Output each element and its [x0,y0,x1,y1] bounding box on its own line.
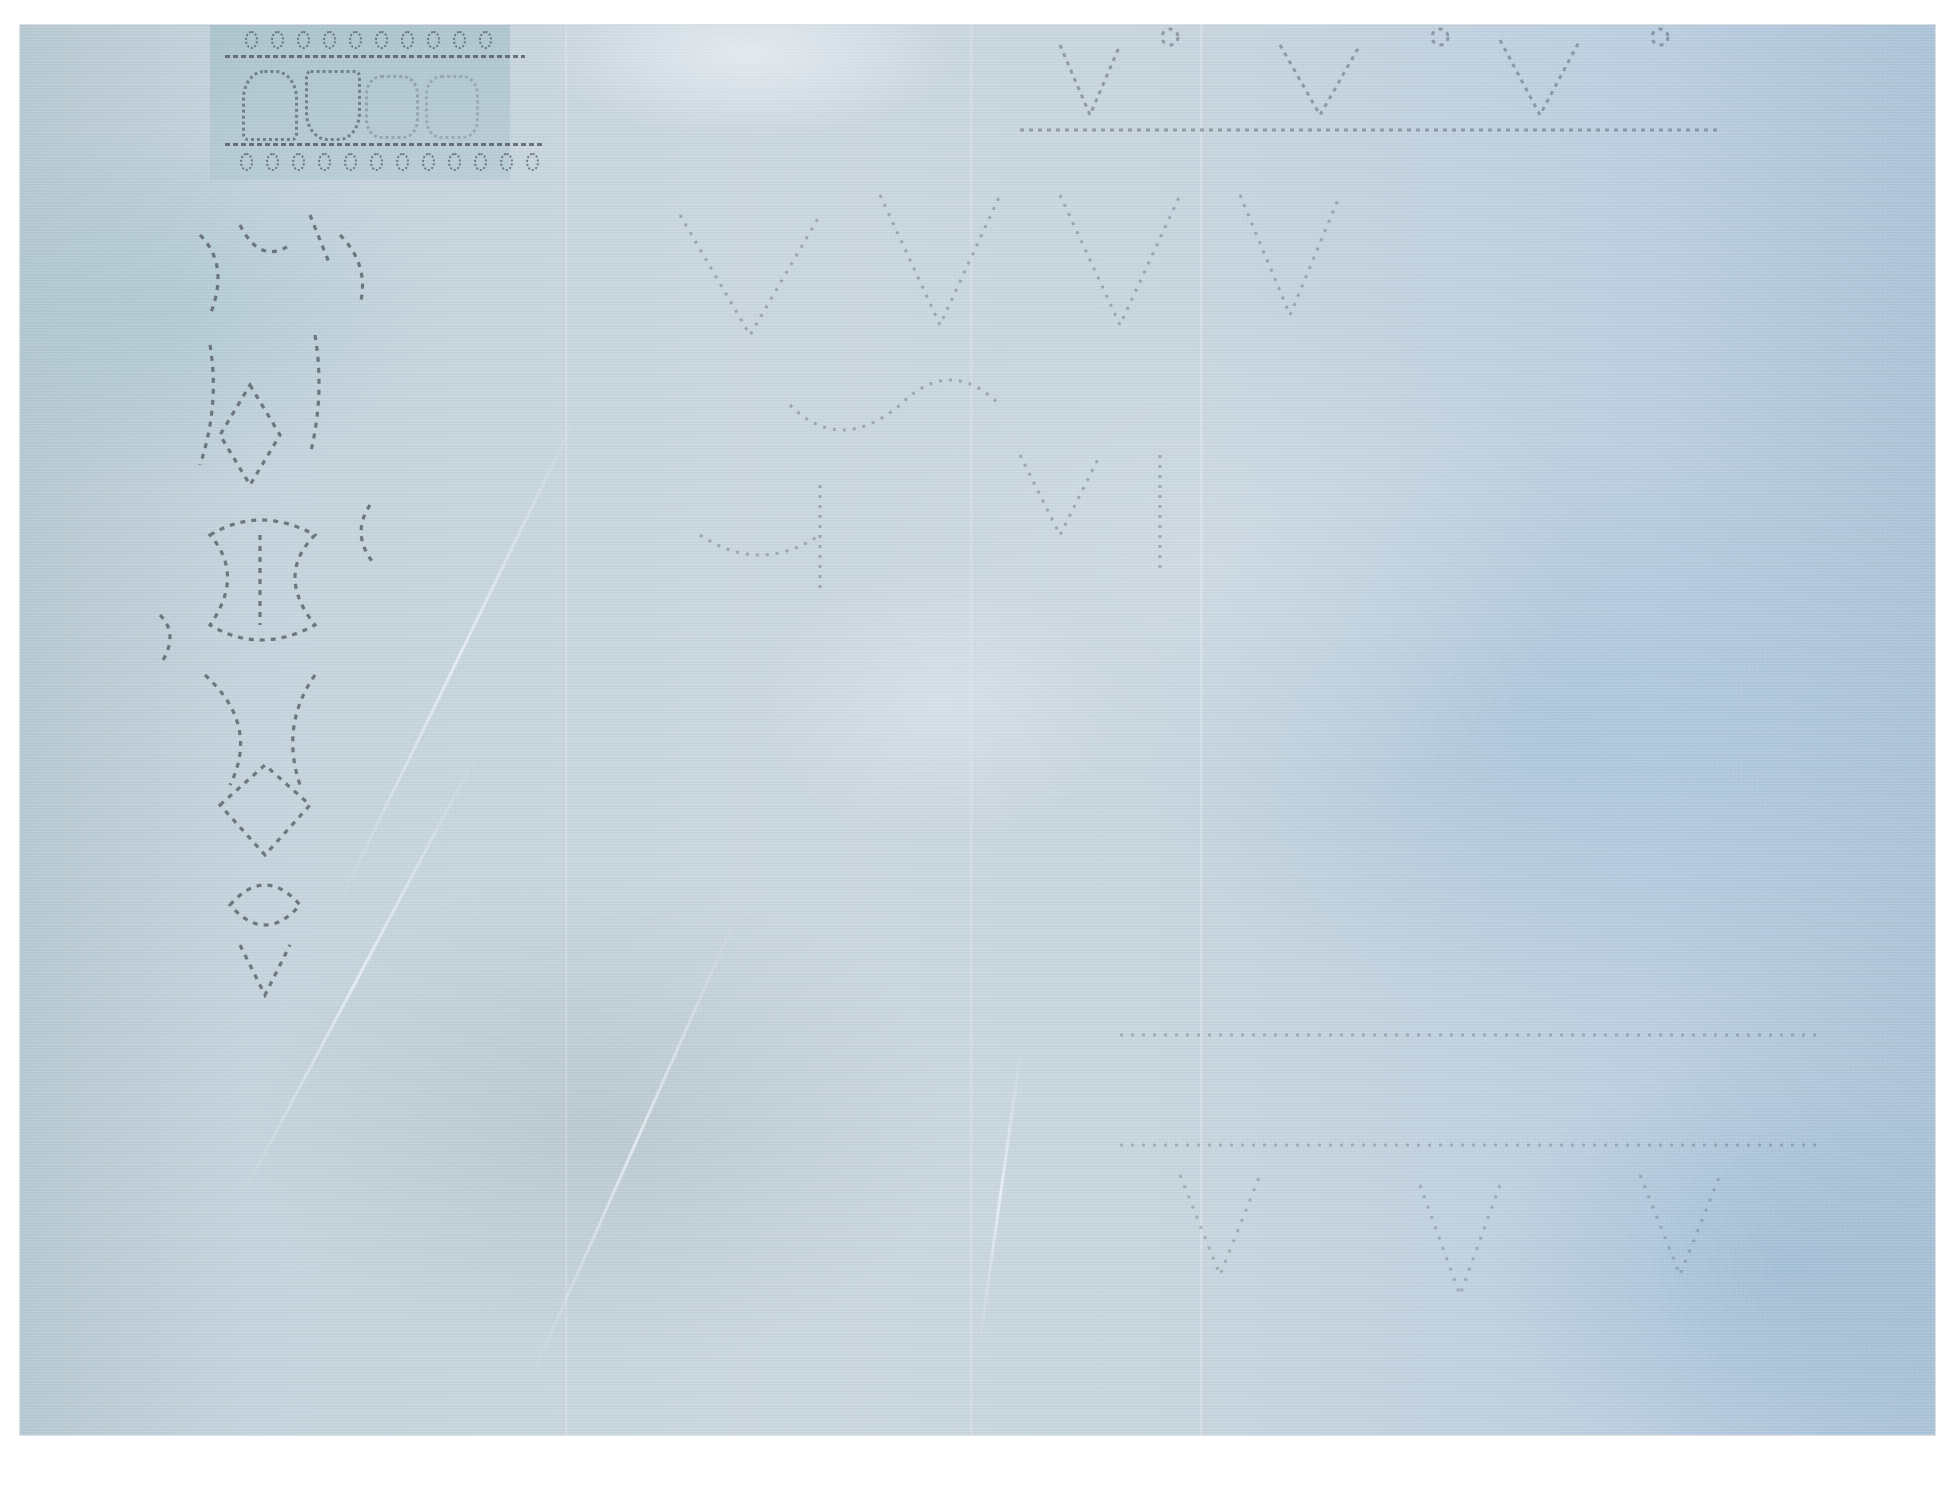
top-border-motifs [1020,25,1720,185]
fold-line [236,745,483,1206]
weave-texture [20,25,1935,1435]
border-cartouche [242,70,298,141]
left-medallion-column [140,205,400,1005]
border-cartouche [425,75,479,139]
border-line-bottom [225,143,545,146]
border-cartouche [365,75,419,139]
fold-line [528,905,742,1381]
border-line-top [225,55,525,58]
fold-line [978,1045,1023,1342]
field-motifs [640,155,1390,675]
lower-field-motifs [1120,975,1820,1355]
border-dot-row-top [245,31,492,49]
vertical-streaks [20,25,1935,1435]
border-dot-row-bottom [240,153,539,171]
rug [20,25,1935,1435]
fold-line [335,405,583,910]
border-cartouche [305,70,361,141]
product-photo [0,0,1950,1500]
surface-haze [20,25,1935,1435]
